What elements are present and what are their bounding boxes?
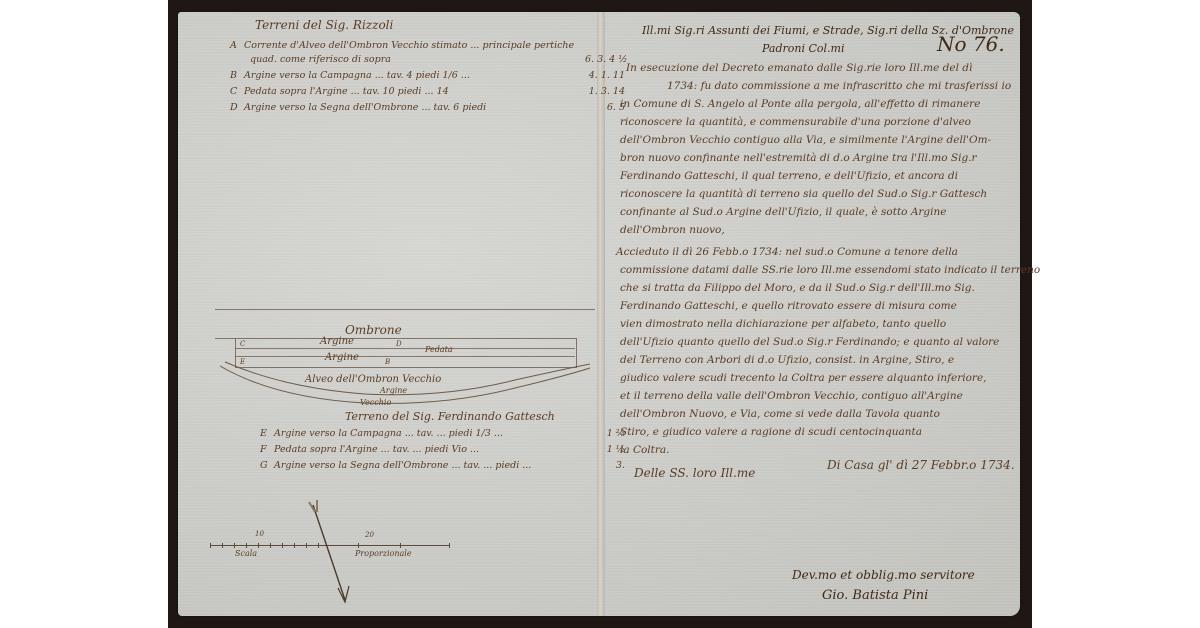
list-item-continuation: quad. come riferisco di sopra 6. 3. 4 ½ [250,54,391,65]
text-line: et il terreno della valle dell'Ombron Ve… [620,390,963,402]
diagram-label-argine: Argine [320,336,354,347]
left-page-title: Terreni del Sig. Rizzoli [255,18,393,32]
diagram-label-vecchio: Vecchio [360,398,391,407]
text-line: del Terreno con Arbori di d.o Ufizio, co… [620,354,954,366]
scale-label-proportional: Proporzionale [355,549,412,558]
text-line: in Comune di S. Angelo al Ponte alla per… [620,98,980,110]
diagram-letter: D [396,340,402,348]
text-line: che si tratta da Filippo del Moro, e da … [620,282,975,294]
left-page: Terreni del Sig. Rizzoli ACorrente d'Alv… [200,18,595,608]
diagram-inner-rule [235,348,575,349]
text-line: In esecuzione del Decreto emanato dalle … [626,62,972,74]
text-line: riconoscere la quantità, e commensurabil… [620,116,971,128]
signature-name: Gio. Batista Pini [822,588,928,603]
compass-arrow-icon [305,500,355,610]
text-line: dell'Ufizio quanto quello del Sud.o Sig.… [620,336,999,348]
document-number: No 76. [937,32,1005,56]
diagram-title: Ombrone [345,323,402,337]
text-line: riconoscere la quantità di terreno sia q… [620,188,987,200]
scale-mark-left: 10 [255,530,264,538]
text-line: bron nuovo confinante nell'estremità di … [620,152,977,164]
text-line: giudico valere scudi trecento la Coltra … [620,372,987,384]
diagram-label-argine-small: Argine [380,386,407,395]
scale-label: Scala [235,549,257,558]
list-item: DArgine verso la Segna dell'Ombrone ... … [230,102,486,113]
signature-line-1: Dev.mo et obblig.mo servitore [792,568,975,582]
text-line: commissione datami dalle SS.rie loro Ill… [620,264,1040,276]
text-line: dell'Ombron Vecchio contiguo alla Via, e… [620,134,991,146]
text-line: dell'Ombron Nuovo, e Via, come si vede d… [620,408,940,420]
diagram-top-rule [215,309,595,310]
diagram-label-pedata: Pedata [425,345,453,354]
right-page: Ill.mi Sig.ri Assunti dei Fiumi, e Strad… [612,18,1017,608]
diagram-edge [215,338,235,339]
text-line: Ferdinando Gatteschi, il qual terreno, e… [620,170,958,182]
diagram-label-alveo: Alveo dell'Ombron Vecchio [305,374,441,385]
text-line: Accieduto il dì 26 Febb.o 1734: nel sud.… [616,246,958,258]
list-item: ACorrente d'Alveo dell'Ombron Vecchio st… [230,40,574,51]
text-line: dell'Ombron nuovo, [620,224,725,236]
list-item: BArgine verso la Campagna ... tav. 4 pie… [230,70,470,81]
diagram-letter: C [240,340,245,348]
list-item: EArgine verso la Campagna ... tav. ... p… [260,428,503,439]
diagram-caption: Terreno del Sig. Ferdinando Gattesch [345,410,555,423]
closing-left: Delle SS. loro Ill.me [634,466,755,480]
text-line: vien dimostrato nella dichiarazione per … [620,318,946,330]
text-line: la Coltra. [620,444,670,456]
diagram-inner-rule [235,356,575,357]
list-item: CPedata sopra l'Argine ... tav. 10 piedi… [230,86,449,97]
scale-mark-right: 20 [365,531,374,539]
letter-salutation: Padroni Col.mi [762,42,845,55]
list-item: FPedata sopra l'Argine ... tav. ... pied… [260,444,479,455]
text-line: Stiro, e giudico valere a ragione di scu… [620,426,922,438]
text-line: confinante al Sud.o Argine dell'Ufizio, … [620,206,947,218]
text-line: 1734: fu dato commissione a me infrascri… [667,80,1011,92]
list-item: GArgine verso la Segna dell'Ombrone ... … [260,460,531,471]
closing-date: Di Casa gl' dì 27 Febbr.o 1734. [827,458,1015,472]
text-line: Ferdinando Gatteschi, e quello ritrovato… [620,300,957,312]
